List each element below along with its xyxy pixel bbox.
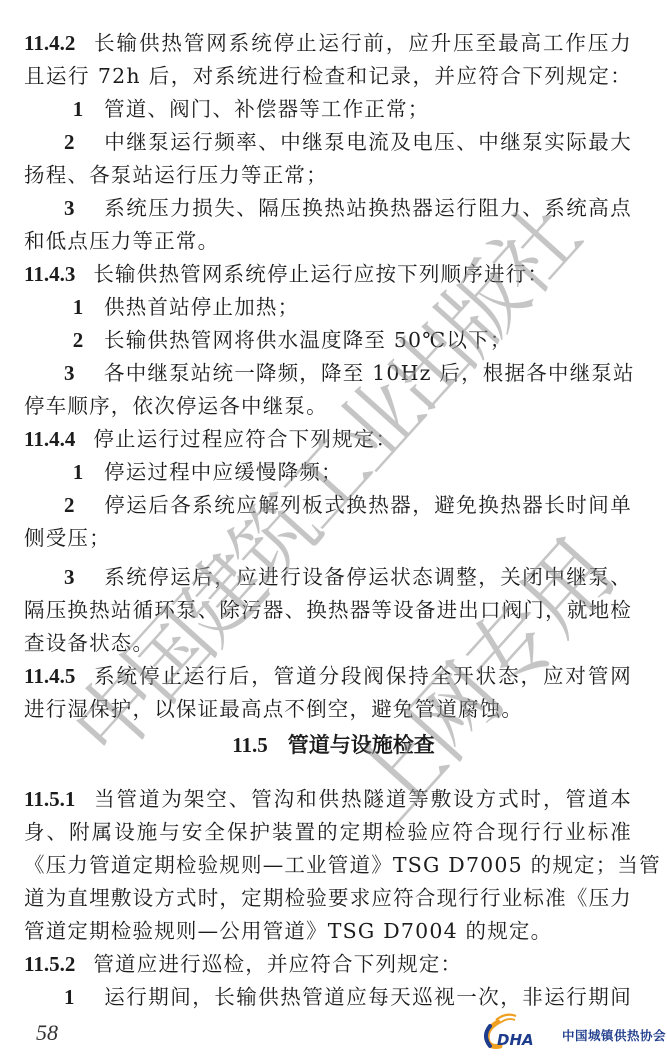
item-number: 2 <box>64 126 92 159</box>
item-text: 供热首站停止加热； <box>104 295 299 319</box>
item-line: 1供热首站停止加热； <box>24 291 632 324</box>
item-line: 2中继泵运行频率、中继泵电流及电压、中继泵实际最大 <box>24 126 632 159</box>
continuation-line: 查设备状态。 <box>24 627 632 660</box>
association-logo: DHA 中国城镇供热协会 <box>478 1008 658 1052</box>
item-line: 3系统停运后，应进行设备停运状态调整，关闭中继泵、 <box>24 561 632 594</box>
item-text: 管道、阀门、补偿器等工作正常； <box>104 97 430 121</box>
item-line: 1管道、阀门、补偿器等工作正常； <box>24 93 632 126</box>
item-line: 3各中继泵站统一降频，降至 10Hz 后，根据各中继泵站 <box>24 357 632 390</box>
clause-line: 11.5.2管道应进行巡检，并应符合下列规定： <box>24 948 632 981</box>
document-page: 11.4.2长输供热管网系统停止运行前，应升压至最高工作压力 且运行 72h 后… <box>0 0 667 1058</box>
line-text: 进行湿保护，以保证最高点不倒空，避免管道腐蚀。 <box>24 697 523 721</box>
item-number: 1 <box>64 93 92 126</box>
item-text: 各中继泵站统一降频，降至 10Hz 后，根据各中继泵站 <box>104 361 635 385</box>
continuation-line: 侧受压； <box>24 522 632 555</box>
clause-line: 11.4.4停止运行过程应符合下列规定： <box>24 423 632 456</box>
continuation-line: 身、附属设施与安全保护装置的定期检验应符合现行行业标准 <box>24 816 632 849</box>
logo-org-name: 中国城镇供热协会 <box>562 1026 666 1044</box>
section-title-text: 管道与设施检查 <box>288 733 435 757</box>
page-number: 58 <box>36 1020 58 1046</box>
clause-line: 11.5.1当管道为架空、管沟和供热隧道等敷设方式时，管道本 <box>24 783 632 816</box>
continuation-line: 管道定期检验规则—公用管道》TSG D7004 的规定。 <box>24 915 632 948</box>
clause-number: 11.4.3 <box>24 262 75 286</box>
clause-text: 管道应进行巡检，并应符合下列规定： <box>93 952 462 976</box>
clause-text: 长输供热管网系统停止运行应按下列顺序进行： <box>93 262 549 286</box>
line-text: 侧受压； <box>24 526 111 550</box>
continuation-line: 道为直埋敷设方式时，定期检验要求应符合现行行业标准《压力 <box>24 882 632 915</box>
item-line: 1停运过程中应缓慢降频； <box>24 456 632 489</box>
line-text: 且运行 72h 后，对系统进行检查和记录，并应符合下列规定： <box>24 64 632 88</box>
clause-number: 11.5.1 <box>24 787 75 811</box>
clause-line: 11.4.3长输供热管网系统停止运行应按下列顺序进行： <box>24 258 632 291</box>
clause-number: 11.4.4 <box>24 427 75 451</box>
continuation-line: 《压力管道定期检验规则—工业管道》TSG D7005 的规定；当管 <box>24 849 632 882</box>
item-text: 系统压力损失、隔压换热站换热器运行阻力、系统高点 <box>104 196 632 220</box>
line-text: 扬程、各泵站运行压力等正常； <box>24 163 328 187</box>
continuation-line: 进行湿保护，以保证最高点不倒空，避免管道腐蚀。 <box>24 693 632 726</box>
item-number: 3 <box>64 192 92 225</box>
item-text: 停运后各系统应解列板式换热器，避免换热器长时间单 <box>104 493 632 517</box>
logo-abbr: DHA <box>497 1031 534 1049</box>
item-text: 停运过程中应缓慢降频； <box>104 460 343 484</box>
continuation-line: 且运行 72h 后，对系统进行检查和记录，并应符合下列规定： <box>24 60 632 93</box>
continuation-line: 停车顺序，依次停运各中继泵。 <box>24 390 632 423</box>
continuation-line: 隔压换热站循环泵、除污器、换热器等设备进出口阀门，就地检 <box>24 594 632 627</box>
clause-number: 11.5.2 <box>24 952 75 976</box>
clause-text: 系统停止运行后，管道分段阀保持全开状态，应对管网 <box>93 664 632 688</box>
item-text: 系统停运后，应进行设备停运状态调整，关闭中继泵、 <box>104 565 632 589</box>
clause-line: 11.4.5系统停止运行后，管道分段阀保持全开状态，应对管网 <box>24 660 632 693</box>
item-line: 2长输供热管网将供水温度降至 50℃以下； <box>24 324 632 357</box>
line-text: 查设备状态。 <box>24 631 154 655</box>
line-text: 管道定期检验规则—公用管道》TSG D7004 的规定。 <box>24 919 552 943</box>
line-text: 道为直埋敷设方式时，定期检验要求应符合现行行业标准《压力 <box>24 886 632 910</box>
line-text: 身、附属设施与安全保护装置的定期检验应符合现行行业标准 <box>24 820 632 844</box>
clause-text: 长输供热管网系统停止运行前，应升压至最高工作压力 <box>93 31 632 55</box>
clause-number: 11.4.5 <box>24 664 75 688</box>
line-text: 停车顺序，依次停运各中继泵。 <box>24 394 328 418</box>
clause-text: 停止运行过程应符合下列规定： <box>93 427 397 451</box>
continuation-line: 和低点压力等正常。 <box>24 225 632 258</box>
item-number: 1 <box>64 456 92 489</box>
line-text: 隔压换热站循环泵、除污器、换热器等设备进出口阀门，就地检 <box>24 598 632 622</box>
item-text: 中继泵运行频率、中继泵电流及电压、中继泵实际最大 <box>104 130 632 154</box>
clause-line: 11.4.2长输供热管网系统停止运行前，应升压至最高工作压力 <box>24 27 632 60</box>
line-text: 和低点压力等正常。 <box>24 229 219 253</box>
continuation-line: 扬程、各泵站运行压力等正常； <box>24 159 632 192</box>
item-line: 2停运后各系统应解列板式换热器，避免换热器长时间单 <box>24 489 632 522</box>
clause-text: 当管道为架空、管沟和供热隧道等敷设方式时，管道本 <box>93 787 632 811</box>
clause-number: 11.4.2 <box>24 31 75 55</box>
item-line: 3系统压力损失、隔压换热站换热器运行阻力、系统高点 <box>24 192 632 225</box>
item-number: 2 <box>64 489 92 522</box>
section-heading: 11.5管道与设施检查 <box>0 728 667 762</box>
item-number: 1 <box>64 981 92 1014</box>
item-number: 1 <box>64 291 92 324</box>
item-text: 长输供热管网将供水温度降至 50℃以下； <box>104 328 512 352</box>
item-number: 3 <box>64 357 92 390</box>
item-text: 运行期间，长输供热管道应每天巡视一次，非运行期间 <box>104 985 632 1009</box>
section-number: 11.5 <box>232 733 268 757</box>
item-number: 2 <box>64 324 92 357</box>
item-number: 3 <box>64 561 92 594</box>
cdha-logo-icon: DHA <box>478 1008 558 1052</box>
line-text: 《压力管道定期检验规则—工业管道》TSG D7005 的规定；当管 <box>24 853 661 877</box>
